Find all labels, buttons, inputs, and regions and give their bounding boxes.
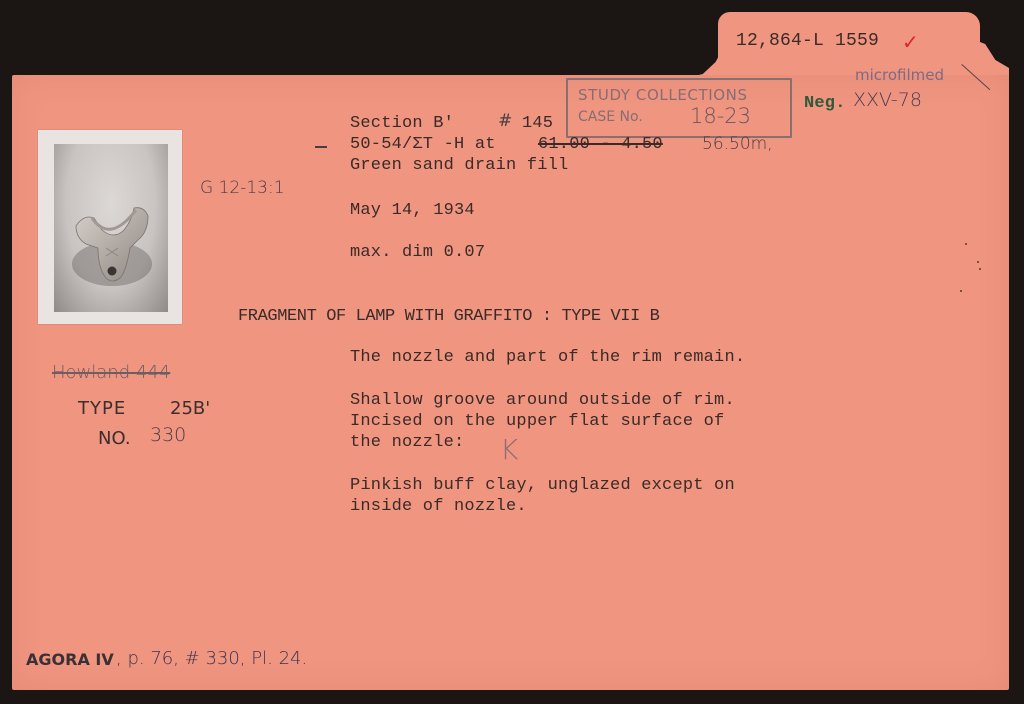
struck-reference: Howland 444: [52, 362, 170, 383]
description-line: inside of nozzle.: [350, 496, 527, 517]
negative-label: Neg.: [804, 93, 846, 114]
catalog-number: 12,864-L 1559: [736, 31, 879, 52]
foxing-mark: [965, 243, 967, 245]
lamp-fragment-photo: [38, 130, 182, 324]
handwritten-depth: 56.50m,: [702, 134, 773, 154]
check-mark-icon: ✓: [902, 30, 919, 54]
struck-depth: 61.00 - 4.50: [538, 134, 663, 155]
microfilmed-stamp: microfilmed: [855, 66, 944, 84]
publication-reference: , p. 76, # 330, Pl. 24.: [116, 648, 307, 669]
foxing-mark: [960, 290, 962, 292]
graffito-sketch: K: [500, 433, 518, 466]
description-line: Shallow groove around outside of rim.: [350, 390, 735, 411]
study-collections-label: STUDY COLLECTIONS: [578, 86, 748, 104]
foxing-mark: [977, 261, 979, 263]
section-label: Section B': [350, 113, 454, 134]
margin-dash-mark: [315, 146, 327, 148]
number-value: 330: [150, 424, 186, 446]
grid-reference: G 12-13:1: [200, 178, 285, 198]
scan-backdrop: 12,864-L 1559 ✓ microfilmed Neg. XXV-78 …: [0, 0, 1024, 704]
case-number-label: CASE No.: [578, 109, 643, 125]
description-line: the nozzle:: [350, 432, 464, 453]
negative-value: XXV-78: [853, 89, 922, 111]
location-prefix: 50-54/ΣT -H at: [350, 134, 496, 155]
description-line: Incised on the upper flat surface of: [350, 411, 724, 432]
case-number-value: 18-23: [690, 104, 751, 128]
type-label: TYPE: [78, 398, 126, 419]
find-context: Green sand drain fill: [350, 155, 568, 176]
lamp-fragment-icon: [54, 144, 168, 312]
section-number-prefix: #: [498, 111, 512, 131]
photo-image: [54, 144, 168, 312]
excavation-date: May 14, 1934: [350, 200, 475, 221]
type-value: 25B': [170, 398, 210, 419]
number-label: NO.: [98, 428, 131, 449]
max-dimension: max. dim 0.07: [350, 242, 485, 263]
foxing-mark: [979, 268, 981, 270]
card-tab-notch: [975, 40, 1009, 80]
description-line: The nozzle and part of the rim remain.: [350, 347, 745, 368]
publication-stamp: AGORA IV: [26, 650, 114, 669]
description-line: Pinkish buff clay, unglazed except on: [350, 475, 735, 496]
object-title: FRAGMENT OF LAMP WITH GRAFFITO : TYPE VI…: [238, 306, 659, 327]
section-number: 145: [522, 113, 553, 134]
